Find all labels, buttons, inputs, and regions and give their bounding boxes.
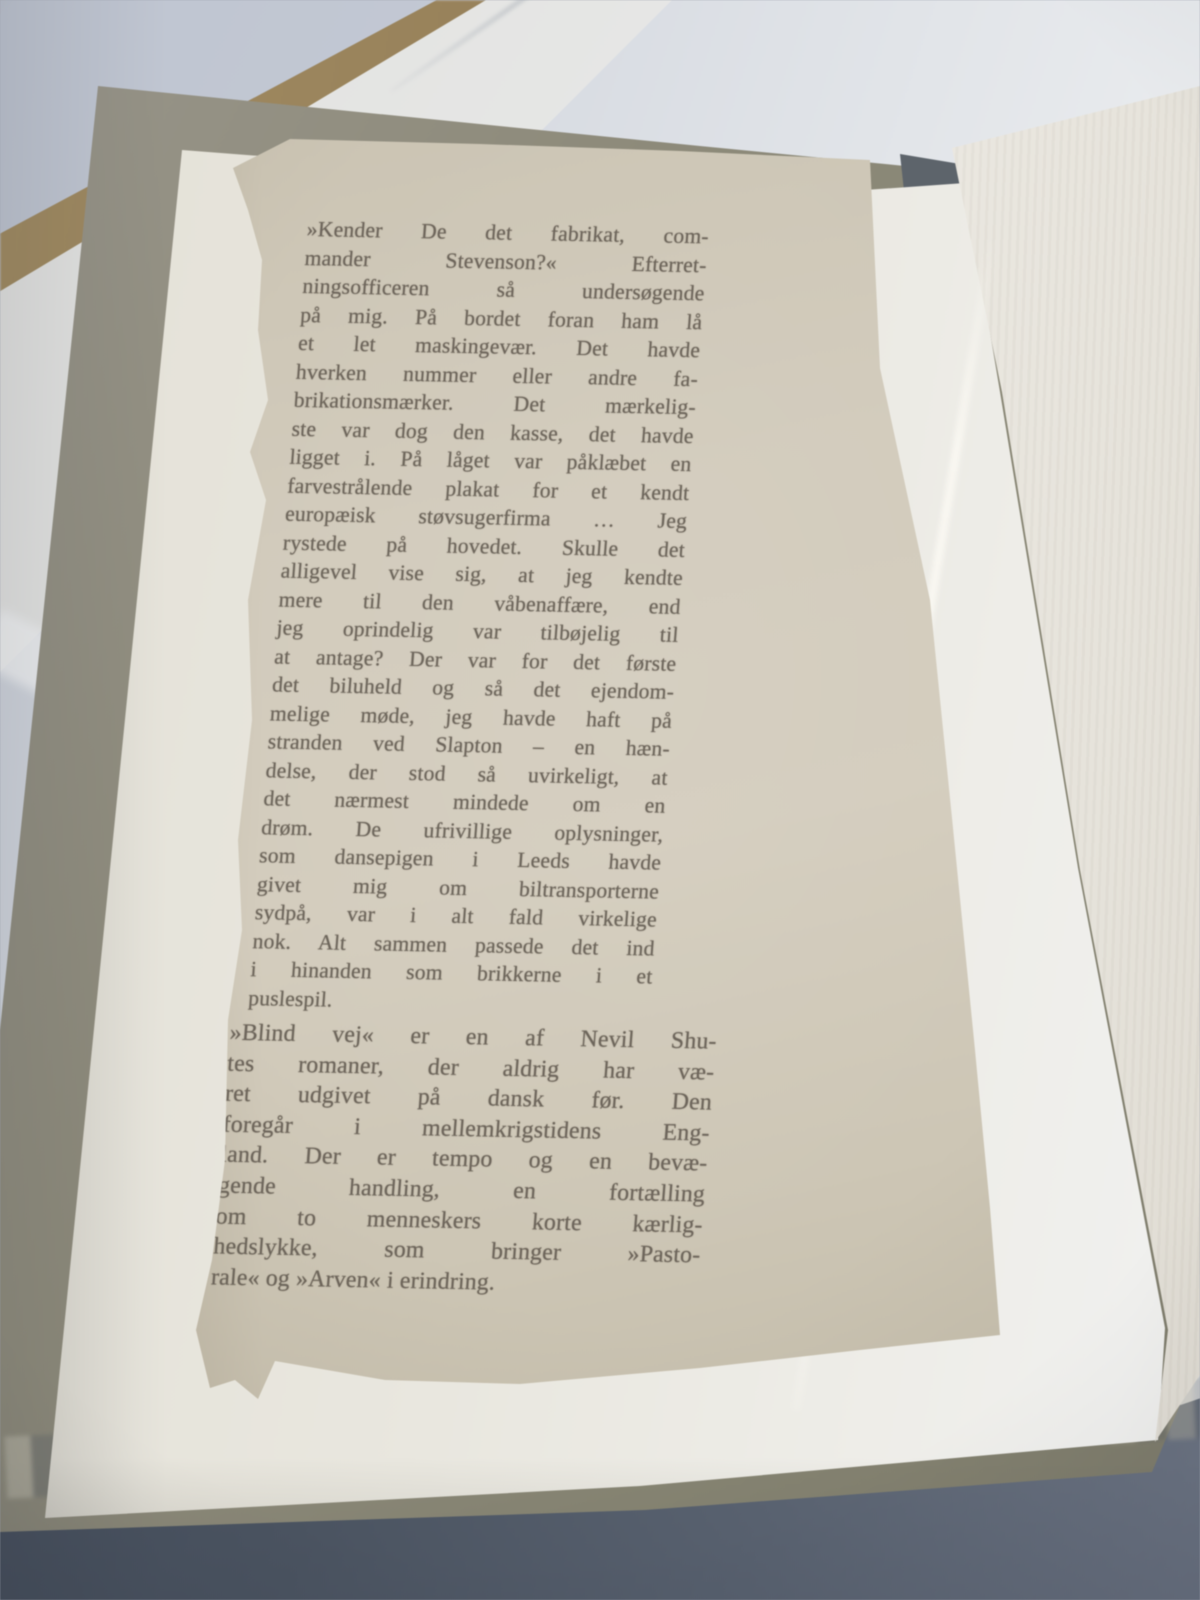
clipping-paragraph: »Blind vej« er en af Nevil Shu-tes roman… — [210, 1018, 718, 1302]
clipping-text: »Kender De det fabrikat, com-mander Stev… — [226, 215, 868, 1303]
photo-of-open-book: »Kender De det fabrikat, com-mander Stev… — [0, 0, 1200, 1600]
clipping-paragraph: »Kender De det fabrikat, com-mander Stev… — [247, 215, 710, 1019]
